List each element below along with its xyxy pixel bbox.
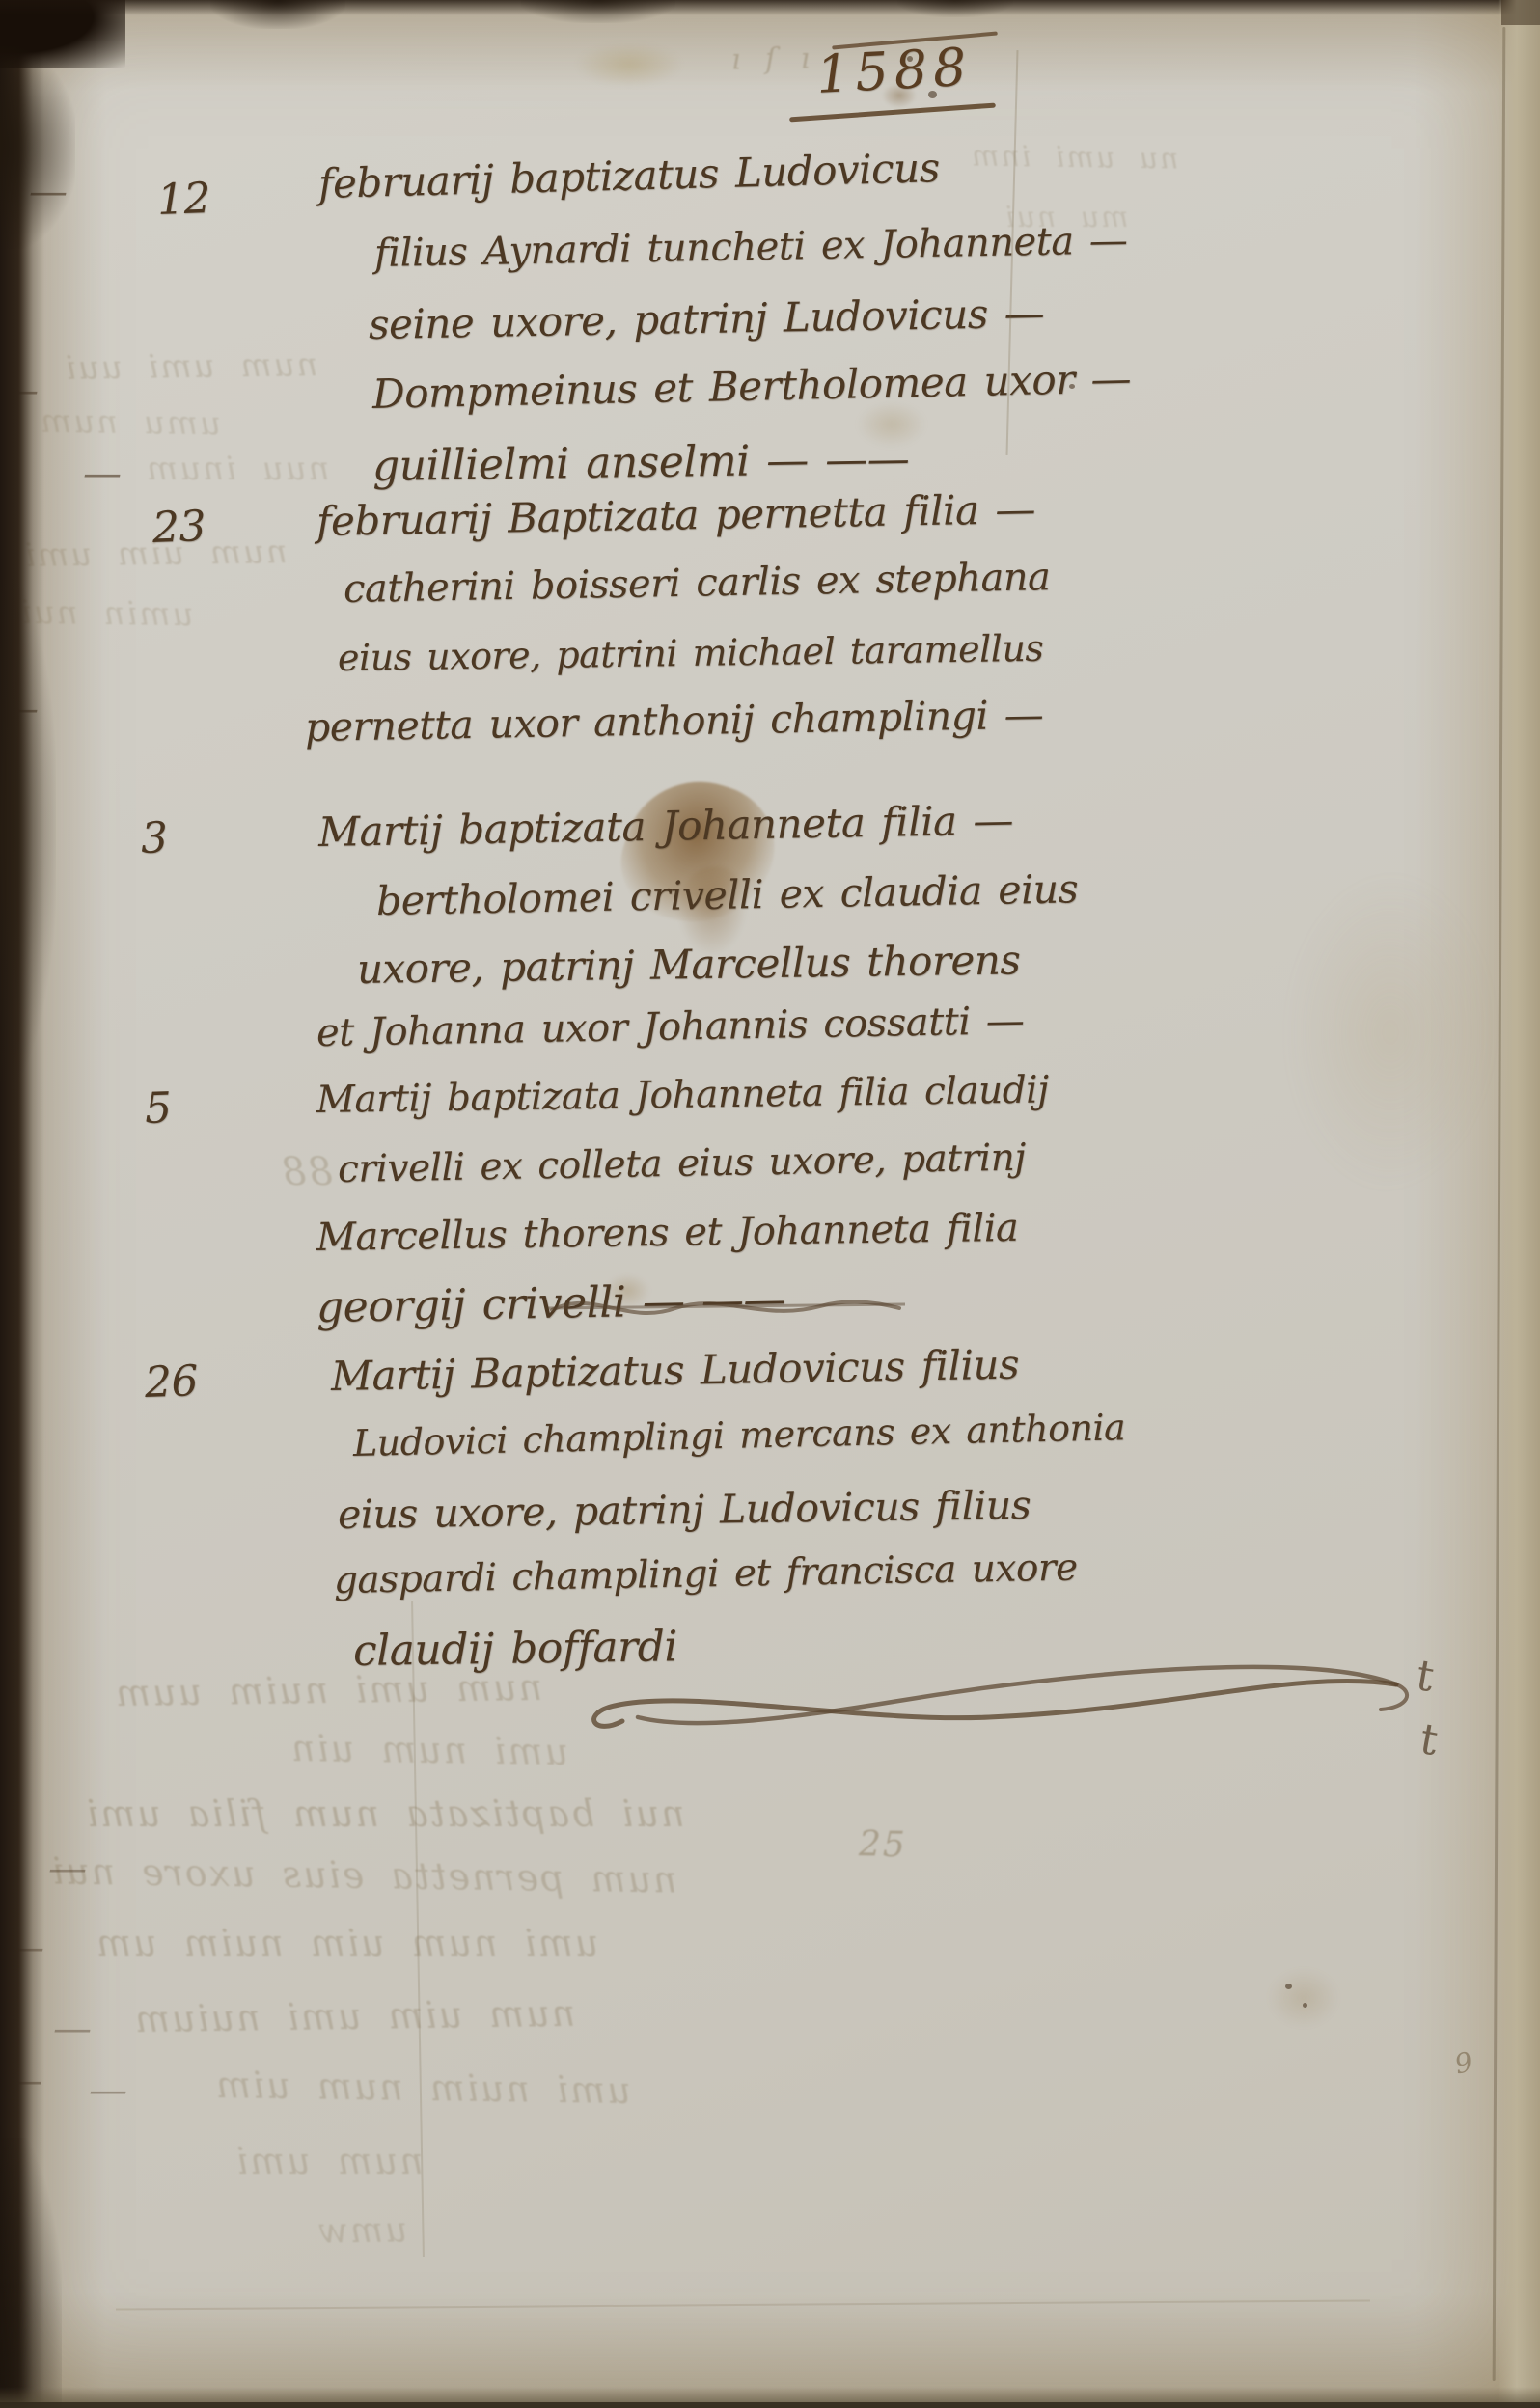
entry-day-number: 3 bbox=[140, 813, 168, 863]
entry-day-number: 23 bbox=[151, 502, 206, 553]
bleed-through-fragment: 25 bbox=[859, 1825, 907, 1866]
entry-line: februarij baptizatus Ludovicus bbox=[317, 144, 940, 207]
paper-crease bbox=[116, 2299, 1370, 2310]
entry-day-number: 5 bbox=[144, 1083, 172, 1134]
entry-line: Martij baptizata Johanneta filia claudij bbox=[316, 1068, 1049, 1122]
binding-shadow bbox=[0, 46, 75, 249]
bleed-through-fragment: umi nuim num uim bbox=[214, 2064, 631, 2112]
bleed-through-fragment: nu umi inm bbox=[970, 139, 1179, 176]
margin-dash: — bbox=[53, 2007, 92, 2051]
stain bbox=[575, 42, 683, 87]
margin-dash: — bbox=[4, 2059, 42, 2103]
entry-line: catherini boisseri carlis ex stephana bbox=[344, 555, 1051, 612]
margin-dash: — bbox=[6, 1926, 44, 1970]
entry-line: crivelli ex colleta eius uxore, patrinj bbox=[338, 1136, 1027, 1191]
stain bbox=[1289, 878, 1492, 1187]
bleed-through-fragment: umi num uim nuim um bbox=[95, 1922, 598, 1964]
entry-line: filius Aynardi tuncheti ex Johanneta — bbox=[374, 218, 1128, 276]
page-bottom-shadow bbox=[0, 2402, 1540, 2408]
entry-line: Martij baptizata Johanneta filia — bbox=[318, 796, 1014, 856]
bleed-through-fragment: umw bbox=[316, 2210, 408, 2251]
entry-line: Ludovici champlingi mercans ex anthonia bbox=[353, 1406, 1126, 1464]
corner-mark: 9 bbox=[1452, 2046, 1475, 2081]
ink-speck bbox=[1285, 1984, 1292, 1989]
bleed-through-fragment: num umi bbox=[234, 2140, 424, 2182]
entry-line: seine uxore, patrinj Ludovicus — bbox=[369, 289, 1045, 348]
entry-line: gaspardi champlingi et francisca uxore bbox=[334, 1546, 1078, 1602]
flourish-line-filler bbox=[564, 1628, 1433, 1744]
bleed-through-fragment: num uim umi nuium bbox=[133, 1992, 576, 2040]
entry-line: Marcellus thorens et Johanneta filia bbox=[316, 1206, 1019, 1260]
page-right-edge-line bbox=[1493, 27, 1506, 2381]
margin-dash: — bbox=[0, 687, 39, 731]
page-edge-dark-patch bbox=[210, 0, 345, 29]
entry-day-number: 12 bbox=[156, 174, 211, 225]
entry-line: bertholomei crivelli ex claudia eius bbox=[376, 865, 1079, 924]
squiggle bbox=[540, 1279, 917, 1331]
entry-line: eius uxore, patrinj Ludovicus filius bbox=[338, 1482, 1031, 1538]
heading-underline bbox=[789, 103, 996, 123]
margin-dash: — bbox=[29, 170, 68, 214]
entry-day-number: 26 bbox=[144, 1356, 199, 1408]
bleed-through-fragment: ı ſ ı bbox=[731, 41, 812, 76]
page-bottom-edge bbox=[0, 2387, 1540, 2408]
ink-speck bbox=[1303, 2003, 1307, 2008]
entry-line: Martij Baptizatus Ludovicus filius bbox=[331, 1341, 1020, 1400]
bleed-through-fragment: num umi uui bbox=[64, 345, 318, 388]
bleed-through-fragment: umin nui bbox=[19, 593, 194, 635]
page-corner-dark bbox=[1501, 0, 1540, 25]
entry-line: guillielmi anselmi — —— bbox=[372, 434, 910, 491]
paper-crease bbox=[411, 1601, 425, 2257]
binding-corner-dark bbox=[0, 0, 125, 68]
entry-line: februarij Baptizata pernetta filia — bbox=[316, 485, 1036, 545]
margin-dash: — bbox=[83, 451, 122, 496]
stain bbox=[1268, 1968, 1339, 2028]
entry-line: eius uxore, patrini michael taramellus bbox=[338, 627, 1044, 679]
bleed-through-fragment: 88 bbox=[280, 1150, 333, 1194]
binding-shadow bbox=[0, 579, 56, 1081]
page-top-edge bbox=[0, 0, 1540, 15]
binding-shadow bbox=[0, 2138, 62, 2408]
bleed-through-fragment: umi num uin bbox=[289, 1727, 568, 1773]
bleed-through-fragment: nuu inum bbox=[145, 450, 329, 488]
strikethrough-squiggle bbox=[540, 1279, 917, 1331]
page-right-edge bbox=[1498, 0, 1540, 2408]
entry-line: uxore, patrinj Marcellus thorens bbox=[357, 936, 1021, 993]
manuscript-page: 1588 nu umi inmmu nuinum umi uuiumu numn… bbox=[0, 0, 1540, 2408]
entry-line: et Johanna uxor Johannis cossatti — bbox=[316, 999, 1025, 1055]
entry-line: pernetta uxor anthonij champlingi — bbox=[305, 692, 1044, 751]
margin-dash: — bbox=[0, 369, 39, 413]
page-edge-dark-patch bbox=[521, 0, 675, 23]
flourish-swirl bbox=[564, 1628, 1433, 1744]
bleed-through-fragment: umu num bbox=[39, 402, 221, 444]
bleed-through-fragment: nui baptizata num filia umi bbox=[85, 1792, 685, 1835]
margin-dash: — bbox=[48, 1847, 87, 1891]
book-binding-edge bbox=[0, 0, 44, 2408]
page-edge-dark-patch bbox=[897, 0, 1013, 17]
entry-line: Dompmeinus et Bertholomea uxor — bbox=[371, 355, 1131, 418]
margin-dash: — bbox=[89, 2068, 127, 2113]
bleed-through-fragment: num pernetta eius uxore nui bbox=[50, 1849, 677, 1901]
